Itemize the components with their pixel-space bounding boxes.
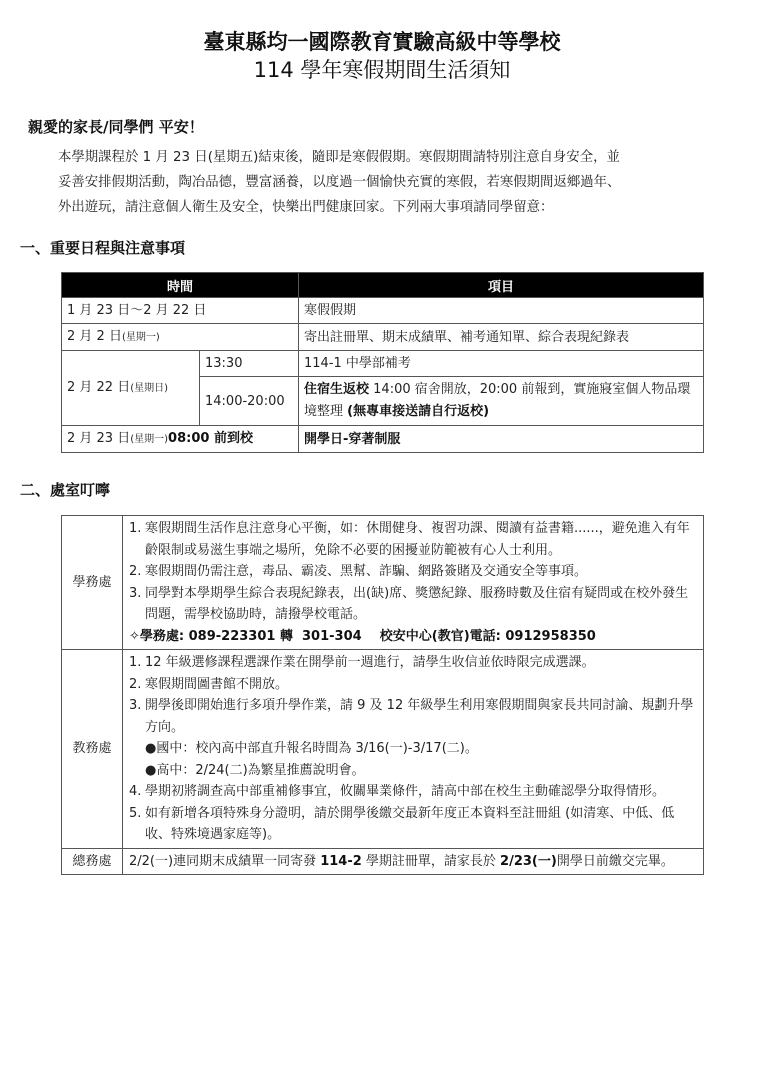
item-number: 5.: [129, 803, 145, 825]
item-number: 2.: [129, 561, 145, 583]
item-number: 1.: [129, 518, 145, 540]
contact-phones: ✧學務處: 089-223301 轉 301-304 校安中心(教官)電話: 0…: [129, 626, 697, 648]
schedule-table: 時間 項目 1 月 23 日～2 月 22 日 寒假假期 2 月 2 日(星期一…: [61, 272, 704, 453]
table-row: 1 月 23 日～2 月 22 日 寒假假期: [62, 298, 704, 324]
schedule-item: 114-1 中學部補考: [299, 351, 704, 377]
office-row-general-affairs: 總務處 2/2(一)連同期末成績單一同寄發 114-2 學期註冊單，請家長於 2…: [62, 848, 704, 875]
schedule-item: 開學日-穿著制服: [299, 426, 704, 453]
text: 開學日前繳交完畢。: [557, 854, 674, 869]
office-name: 總務處: [62, 848, 123, 875]
text-bold: 2/23(一): [500, 854, 557, 869]
weekday-text: (星期一): [130, 434, 168, 445]
item-text: 寒假期間圖書館不開放。: [145, 677, 288, 692]
schedule-date: 2 月 23 日(星期一)08:00 前到校: [62, 426, 299, 453]
schedule-item: 寒假假期: [299, 298, 704, 324]
weekday-text: (星期日): [130, 383, 168, 394]
bullet-item: ●國中：校內高中部直升報名時間為 3/16(一)-3/17(二)。: [129, 738, 697, 760]
list-item: 1.寒假期間生活作息注意身心平衡，如：休閒健身、複習功課、閱讀有益書籍.....…: [129, 518, 697, 561]
intro-paragraph: 本學期課程於 1 月 23 日(星期五)結束後，隨即是寒假假期。寒假期間請特別注…: [58, 145, 708, 220]
date-text: 2 月 22 日: [67, 380, 130, 395]
item-text: 寒假期間生活作息注意身心平衡，如：休閒健身、複習功課、閱讀有益書籍......，…: [145, 521, 690, 558]
date-text: 2 月 2 日: [67, 329, 122, 344]
column-header-item: 項目: [299, 273, 704, 298]
document-subtitle: 114 學年寒假期間生活須知: [0, 57, 764, 83]
office-row-academic-affairs: 教務處 1.12 年級選修課程選課作業在開學前一週進行，請學生收信並依時限完成選…: [62, 650, 704, 849]
list-item: 3.開學後即開始進行多項升學作業，請 9 及 12 年級學生利用寒假期間與家長共…: [129, 695, 697, 738]
office-content: 1.12 年級選修課程選課作業在開學前一週進行，請學生收信並依時限完成選課。 2…: [123, 650, 704, 849]
intro-line: 妥善安排假期活動，陶冶品德，豐富涵養，以度過一個愉快充實的寒假，若寒假期間返鄉過…: [58, 170, 708, 195]
table-row: 2 月 2 日(星期一) 寄出註冊單、期末成績單、補考通知單、綜合表現紀錄表: [62, 324, 704, 351]
office-name: 學務處: [62, 516, 123, 650]
item-text: 如有新增各項特殊身分證明，請於開學後繳交最新年度正本資料至註冊組 (如清寒、中低…: [145, 806, 674, 843]
intro-line: 外出遊玩，請注意個人衛生及安全，快樂出門健康回家。下列兩大事項請同學留意：: [58, 195, 708, 220]
office-reminders-table: 學務處 1.寒假期間生活作息注意身心平衡，如：休閒健身、複習功課、閱讀有益書籍.…: [61, 515, 704, 875]
schedule-date: 1 月 23 日～2 月 22 日: [62, 298, 299, 324]
office-row-student-affairs: 學務處 1.寒假期間生活作息注意身心平衡，如：休閒健身、複習功課、閱讀有益書籍.…: [62, 516, 704, 650]
list-item: 4.學期初將調查高中部重補修事宜，攸關畢業條件，請高中部在校生主動確認學分取得情…: [129, 781, 697, 803]
list-item: 2.寒假期間圖書館不開放。: [129, 674, 697, 696]
text: 學期註冊單，請家長於: [362, 854, 500, 869]
item-text: 開學後即開始進行多項升學作業，請 9 及 12 年級學生利用寒假期間與家長共同討…: [145, 698, 693, 735]
item-number: 3.: [129, 695, 145, 717]
text: 2/2(一)連同期末成績單一同寄發: [129, 854, 320, 869]
text-bold: 114-2: [320, 854, 362, 869]
schedule-time: 14:00-20:00: [200, 377, 299, 426]
weekday-text: (星期一): [122, 332, 160, 343]
list-item: 3.同學對本學期學生綜合表現紀錄表，出(缺)席、獎懲紀錄、服務時數及住宿有疑問或…: [129, 583, 697, 626]
date-text: 2 月 23 日: [67, 431, 130, 446]
office-name: 教務處: [62, 650, 123, 849]
table-header-row: 時間 項目: [62, 273, 704, 298]
list-item: 2.寒假期間仍需注意，毒品、霸凌、黑幫、詐騙、網路簽賭及交通安全等事項。: [129, 561, 697, 583]
item-text: 12 年級選修課程選課作業在開學前一週進行，請學生收信並依時限完成選課。: [145, 655, 595, 670]
item-number: 4.: [129, 781, 145, 803]
date-bold: 08:00 前到校: [168, 431, 253, 446]
intro-line: 本學期課程於 1 月 23 日(星期五)結束後，隨即是寒假假期。寒假期間請特別注…: [58, 145, 708, 170]
table-row: 2 月 23 日(星期一)08:00 前到校 開學日-穿著制服: [62, 426, 704, 453]
schedule-item: 住宿生返校 14:00 宿舍開放，20:00 前報到，實施寢室個人物品環境整理 …: [299, 377, 704, 426]
schedule-date: 2 月 22 日(星期日): [62, 351, 200, 426]
item-number: 3.: [129, 583, 145, 605]
section-heading-schedule: 一、重要日程與注意事項: [20, 238, 185, 258]
item-text: 同學對本學期學生綜合表現紀錄表，出(缺)席、獎懲紀錄、服務時數及住宿有疑問或在校…: [145, 586, 688, 623]
column-header-time: 時間: [62, 273, 299, 298]
item-bold: 住宿生返校: [304, 382, 369, 397]
item-text: 學期初將調查高中部重補修事宜，攸關畢業條件，請高中部在校生主動確認學分取得情形。: [145, 784, 665, 799]
item-bold: 開學日-穿著制服: [304, 432, 400, 447]
table-row: 2 月 22 日(星期日) 13:30 114-1 中學部補考: [62, 351, 704, 377]
item-text: 寒假期間仍需注意，毒品、霸凌、黑幫、詐騙、網路簽賭及交通安全等事項。: [145, 564, 587, 579]
item-number: 2.: [129, 674, 145, 696]
greeting: 親愛的家長/同學們 平安！: [28, 117, 204, 137]
section-heading-offices: 二、處室叮嚀: [20, 480, 110, 500]
list-item: 1.12 年級選修課程選課作業在開學前一週進行，請學生收信並依時限完成選課。: [129, 652, 697, 674]
schedule-item: 寄出註冊單、期末成績單、補考通知單、綜合表現紀錄表: [299, 324, 704, 351]
schedule-date: 2 月 2 日(星期一): [62, 324, 299, 351]
document-title: 臺東縣均一國際教育實驗高級中等學校: [0, 29, 764, 55]
item-number: 1.: [129, 652, 145, 674]
list-item: 5.如有新增各項特殊身分證明，請於開學後繳交最新年度正本資料至註冊組 (如清寒、…: [129, 803, 697, 846]
office-content: 2/2(一)連同期末成績單一同寄發 114-2 學期註冊單，請家長於 2/23(…: [123, 848, 704, 875]
item-bold: (無專車接送請自行返校): [347, 404, 489, 419]
office-content: 1.寒假期間生活作息注意身心平衡，如：休閒健身、複習功課、閱讀有益書籍.....…: [123, 516, 704, 650]
bullet-item: ●高中：2/24(二)為繁星推薦說明會。: [129, 760, 697, 782]
schedule-time: 13:30: [200, 351, 299, 377]
